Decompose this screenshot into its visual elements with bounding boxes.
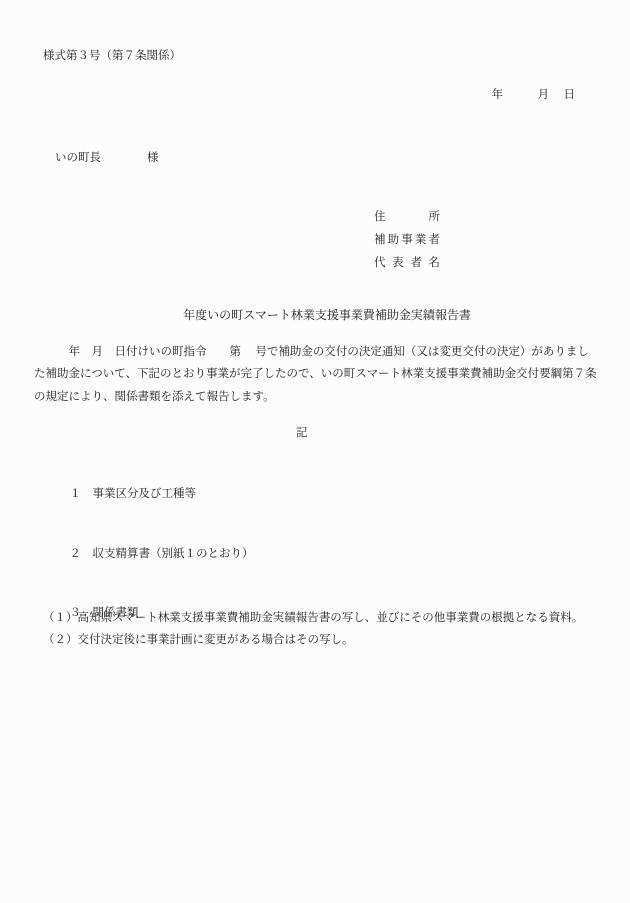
body-paragraph-line: た補助金について、下記のとおり事業が完了したので、いの町スマート林業支援事業費補… — [34, 363, 600, 385]
sender-block: 住所 補助事業者 代表者名 — [374, 206, 440, 276]
sub-item-1: （１）高知県スマート林業支援事業費補助金実績報告書の写し、並びにその他事業費の根… — [43, 610, 583, 626]
list-item-2: ２収支精算書（別紙１のとおり） — [58, 530, 254, 578]
record-marker: 記 — [296, 425, 308, 441]
sender-representative-label: 代表者名 — [374, 252, 440, 275]
body-paragraph-line: の規定により、関係書類を添えて報告します。 — [34, 386, 600, 408]
sender-address-label: 住所 — [374, 206, 440, 229]
list-item-1: １事業区分及び工種等 — [58, 470, 196, 518]
addressee-line: いの町長 様 — [55, 150, 159, 166]
document-title: 年度いの町スマート林業支援事業費補助金実績報告書 — [0, 307, 630, 323]
date-line: 年 月 日 — [492, 87, 575, 103]
document-page: 様式第３号（第７条関係） 年 月 日 いの町長 様 住所 補助事業者 代表者名 … — [0, 0, 630, 903]
sender-subsidized-business-label: 補助事業者 — [374, 229, 440, 252]
body-paragraph: 年 月 日付けいの町指令 第 号で補助金の交付の決定通知（又は変更交付の決定）が… — [34, 341, 600, 408]
body-paragraph-line: 年 月 日付けいの町指令 第 号で補助金の交付の決定通知（又は変更交付の決定）が… — [34, 341, 600, 363]
list-item-1-text: 事業区分及び工種等 — [93, 488, 197, 500]
sub-item-2: （２）交付決定後に事業計画に変更がある場合はその写し。 — [43, 632, 354, 648]
list-item-2-number: ２ — [70, 546, 93, 562]
list-item-2-text: 収支精算書（別紙１のとおり） — [93, 548, 254, 560]
form-number: 様式第３号（第７条関係） — [43, 48, 181, 64]
list-item-1-number: １ — [70, 486, 93, 502]
